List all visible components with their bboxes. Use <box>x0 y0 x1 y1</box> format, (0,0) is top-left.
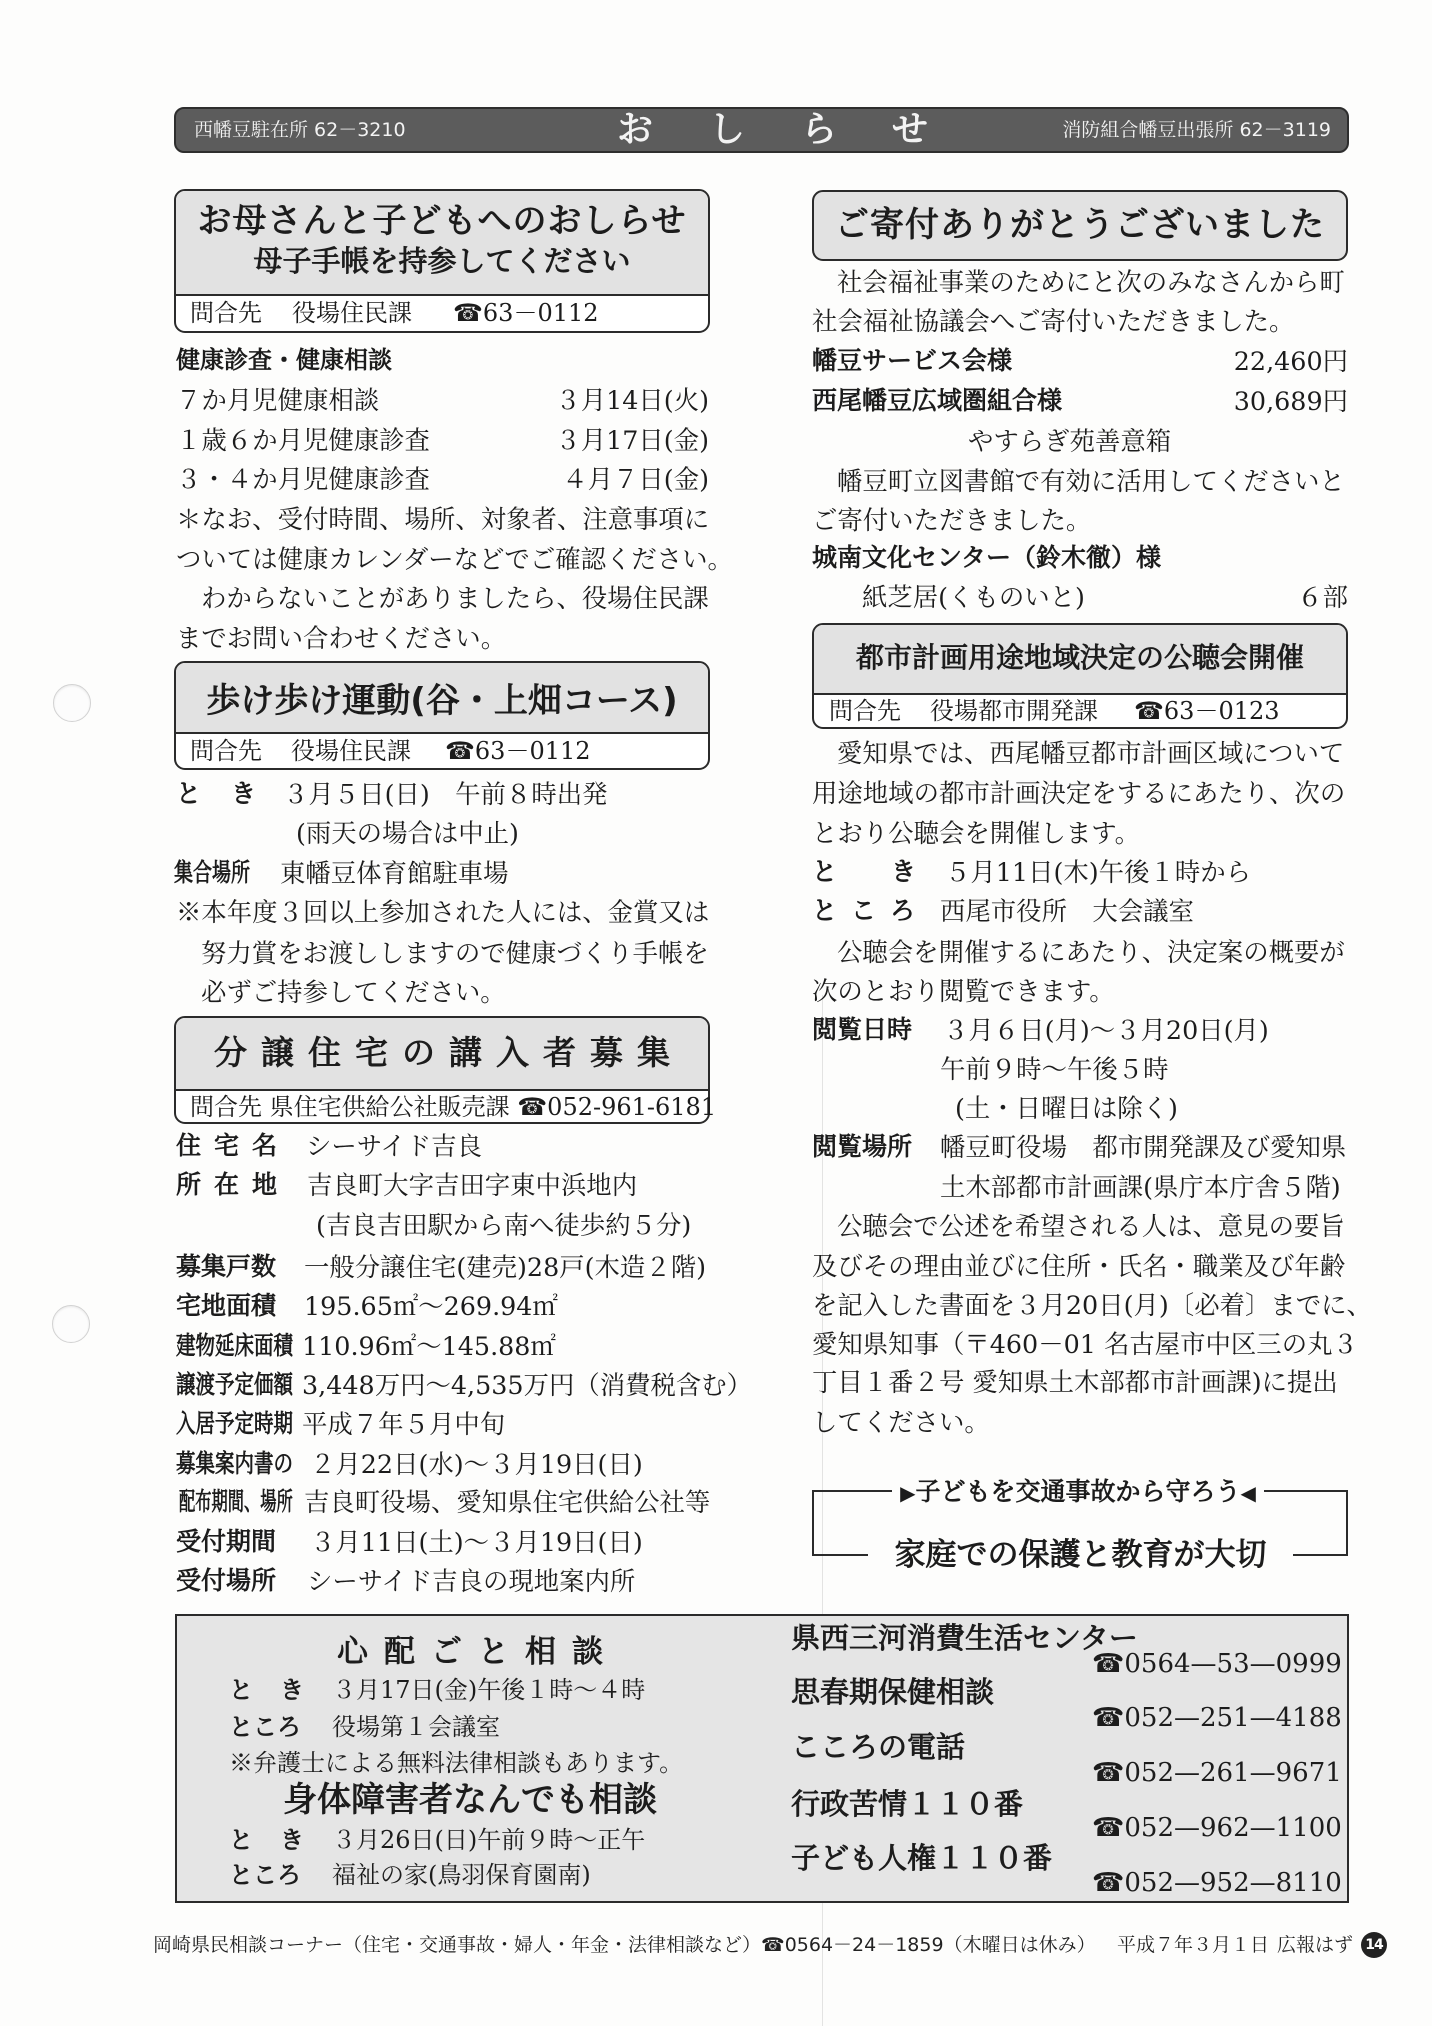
section-title: 歩け歩け運動(谷・上畑コース) <box>174 681 710 721</box>
row-value: ２月22日(水)～３月19日(日) <box>310 1444 643 1484</box>
row-value: 平成７年５月中旬 <box>302 1404 505 1444</box>
binder-hole-top <box>53 684 91 722</box>
row-value: シーサイド吉良 <box>306 1126 482 1166</box>
row-value: 一般分譲住宅(建売)28戸(木造２階) <box>304 1247 706 1287</box>
phone-number: 0564—53—0999 <box>1124 1649 1341 1679</box>
row-value: 吉良町大字吉田字東中浜地内 <box>307 1165 637 1205</box>
hotline-name: 県西三河消費生活センター <box>791 1618 1138 1658</box>
where-value: 福祉の家(鳥羽保育園南) <box>332 1855 591 1895</box>
donor-amount: 30,689円 <box>1234 381 1348 421</box>
statement-line: を記入した書面を３月20日(月)〔必着〕までに、 <box>812 1285 1372 1325</box>
bracket-line <box>812 1490 892 1492</box>
where-label: ところ <box>229 1707 301 1747</box>
contact-label: 問合先 <box>190 731 262 771</box>
section-title: お母さんと子どもへのおしらせ <box>174 201 710 241</box>
intro-line: 用途地域の都市計画決定をするにあたり、次の <box>812 773 1345 813</box>
when-value: ５月11日(木)午後１時から <box>945 852 1251 892</box>
hotline-name: こころの電話 <box>791 1727 965 1767</box>
hotline-phone: ☎052—952—8110 <box>1092 1863 1342 1903</box>
when-note: (雨天の場合は中止) <box>296 813 519 853</box>
triangle-right-icon: ▶ <box>900 1481 915 1505</box>
where-value: 役場第１会議室 <box>332 1707 500 1747</box>
when-value: ３月５日(日) 午前８時出発 <box>283 774 608 814</box>
donor-name: 西尾幡豆広域圏組合様 <box>812 381 1062 421</box>
contact-phone: ☎63－0112 <box>453 293 599 333</box>
row-value: 110.96㎡～145.88㎡ <box>302 1326 556 1366</box>
phone-number: 63－0112 <box>475 737 591 765</box>
viewing-intro-line: 次のとおり閲覧できます。 <box>812 971 1115 1011</box>
phone-icon: ☎ <box>453 299 483 327</box>
bracket-line <box>1264 1490 1348 1492</box>
footer-publication-name: 広報はず <box>1277 1925 1353 1965</box>
schedule-date: ３月17日(金) <box>555 420 709 460</box>
when-label: とき <box>229 1820 331 1860</box>
row-label-text: 入居予定時期 <box>176 1404 293 1444</box>
bracket-line <box>1293 1554 1348 1556</box>
hotline-phone: ☎052—261—9671 <box>1092 1753 1342 1793</box>
row-label: 住宅名 <box>176 1126 290 1166</box>
note-line: 必ずご持参してください。 <box>201 972 506 1012</box>
statement-line: 公聴会で公述を希望される人は、意見の要旨 <box>837 1206 1345 1246</box>
statement-line: してください。 <box>812 1402 990 1442</box>
book-donor: 城南文化センター（鈴木徹）様 <box>812 538 1161 578</box>
phone-icon: ☎ <box>1092 1703 1124 1733</box>
row-value: 3,448万円～4,535万円（消費税含む） <box>302 1365 752 1405</box>
phone-number: 052—962—1100 <box>1124 1813 1341 1843</box>
row-label: 所在地 <box>176 1165 290 1205</box>
row-label-text: 配布期間、場所 <box>179 1482 293 1522</box>
section-subtitle: 母子手帳を持参してください <box>174 241 710 281</box>
phone-number: 63－0112 <box>483 299 599 327</box>
donor-name: 幡豆サービス会様 <box>812 341 1012 381</box>
slogan-line: ▶子どもを交通事故から守ろう◀ <box>892 1472 1264 1512</box>
contact-line: 問合先 県住宅供給公社販売課 ☎052-961-6181 <box>190 1087 716 1127</box>
row-label-text: 譲渡予定価額 <box>176 1365 293 1405</box>
footer-corner-text: 岡崎県民相談コーナー（住宅・交通事故・婦人・年金・法律相談など） <box>153 1934 761 1956</box>
intro-line: 社会福祉事業のためにと次のみなさんから町 <box>837 262 1345 302</box>
hotline-phone: ☎0564—53—0999 <box>1092 1644 1342 1684</box>
phone-icon: ☎ <box>1092 1649 1124 1679</box>
row-label-text: 募集案内書の <box>176 1444 293 1484</box>
note-line: わからないことがありましたら、役場住民課 <box>201 578 709 618</box>
phone-icon: ☎ <box>1092 1758 1124 1788</box>
slogan-message: 家庭での保護と教育が大切 <box>868 1535 1293 1575</box>
phone-number: 052—251—4188 <box>1124 1703 1341 1733</box>
intro-line: 社会福祉協議会へご寄付いただきました。 <box>812 301 1294 341</box>
when-label: とき <box>176 774 286 814</box>
bracket-line <box>1346 1490 1348 1556</box>
schedule-item: ３・４か月児健康診査 <box>176 459 430 499</box>
note-line: ついては健康カレンダーなどでご確認ください。 <box>176 539 733 579</box>
hotline-name: 行政苦情１１０番 <box>791 1784 1023 1824</box>
bracket-line <box>812 1490 814 1556</box>
row-value: 吉良町役場、愛知県住宅供給公社等 <box>304 1482 710 1522</box>
subheading: 健康診査・健康相談 <box>176 340 392 380</box>
intro-line: 愛知県では、西尾幡豆都市計画区域について <box>837 733 1344 773</box>
donor-amount: 22,460円 <box>1234 341 1348 381</box>
phone-number: 052—952—8110 <box>1124 1868 1341 1898</box>
row-label: 受付期間 <box>176 1522 276 1562</box>
section-title: ご寄付ありがとうございました <box>812 205 1348 245</box>
phone-number: 63－0123 <box>1164 697 1280 725</box>
phone-icon: ☎ <box>1092 1868 1124 1898</box>
library-note-line: ご寄付いただきました。 <box>812 500 1091 540</box>
header-title: おしらせ <box>617 109 984 151</box>
contact-label: 問合先 <box>829 691 901 731</box>
where-value: 西尾市役所 大会議室 <box>940 891 1194 931</box>
contact-label: 問合先 <box>190 293 262 333</box>
schedule-date: ３月14日(火) <box>555 380 709 420</box>
statement-line: 愛知県知事（〒460－01 名古屋市中区三の丸３ <box>812 1324 1358 1364</box>
note-line: ※本年度３回以上参加された人には、金賞又は <box>176 892 709 932</box>
place-label: 集合場所 <box>174 853 274 893</box>
footer-phone: 0564－24－1859 <box>785 1934 944 1956</box>
header-left-contact: 西幡豆駐在所 62－3210 <box>194 109 406 151</box>
phone-number: 052-961-6181 <box>547 1093 716 1121</box>
row-label: 受付場所 <box>176 1561 276 1601</box>
contact-phone: ☎63－0123 <box>1134 691 1280 731</box>
row-value: ３月11日(土)～３月19日(日) <box>310 1522 643 1562</box>
intro-line: とおり公聴会を開催します。 <box>812 813 1140 853</box>
phone-icon: ☎ <box>517 1093 547 1121</box>
hotline-phone: ☎052—962—1100 <box>1092 1808 1342 1848</box>
worry-consultation-title: 心配ごと相談 <box>175 1632 765 1672</box>
place-label-text: 集合場所 <box>174 853 250 893</box>
row-label: 募集案内書の <box>176 1444 326 1484</box>
where-label: ところ <box>812 891 929 931</box>
slogan-text: 子どもを交通事故から守ろう <box>915 1477 1240 1506</box>
phone-icon: ☎ <box>1134 697 1164 725</box>
when-label: とき <box>229 1670 331 1710</box>
row-value: シーサイド吉良の現地案内所 <box>307 1561 635 1601</box>
schedule-date: ４月７日(金) <box>562 459 709 499</box>
footer-consultation-corner: 岡崎県民相談コーナー（住宅・交通事故・婦人・年金・法律相談など）☎0564－24… <box>153 1925 1096 1965</box>
row-value-continued: (吉良吉田駅から南へ徒歩約５分) <box>316 1205 691 1245</box>
library-note-line: 幡豆町立図書館で有効に活用してくださいと <box>837 461 1345 501</box>
page-number-badge: 14 <box>1361 1932 1387 1958</box>
note-line: 努力賞をお渡ししますので健康づくり手帳を <box>201 933 709 973</box>
donation-box-name: やすらぎ苑善意箱 <box>968 421 1171 461</box>
lawyer-note: ※弁護士による無料法律相談もあります。 <box>229 1743 683 1783</box>
contact-department: 役場都市開発課 <box>930 691 1098 731</box>
book-item: 紙芝居(くものいと) <box>862 577 1085 617</box>
viewing-date-label: 閲覧日時 <box>812 1010 912 1050</box>
schedule-item: ７か月児健康相談 <box>176 380 379 420</box>
contact-department: 役場住民課 <box>292 293 412 333</box>
contact-text: 問合先 県住宅供給公社販売課 <box>190 1093 517 1121</box>
footer-closed-note: （木曜日は休み） <box>944 1934 1096 1956</box>
viewing-intro-line: 公聴会を開催するにあたり、決定案の概要が <box>837 932 1345 972</box>
place-value: 東幡豆体育館駐車場 <box>280 853 509 893</box>
when-value: ３月17日(金)午後１時～４時 <box>332 1670 645 1710</box>
hotline-name: 子ども人権１１０番 <box>791 1838 1052 1878</box>
viewing-time-value: 午前９時～午後５時 <box>940 1049 1169 1089</box>
bracket-line <box>812 1554 868 1556</box>
contact-phone: ☎63－0112 <box>445 731 591 771</box>
row-label: 宅地面積 <box>176 1286 276 1326</box>
header-right-contact: 消防組合幡豆出張所 62－3119 <box>1062 109 1331 151</box>
schedule-item: １歳６か月児健康診査 <box>176 420 430 460</box>
viewing-exclusion-note: (土・日曜日は除く) <box>955 1088 1178 1128</box>
section-title: 都市計画用途地域決定の公聴会開催 <box>812 638 1348 678</box>
book-quantity: ６部 <box>1297 577 1348 617</box>
phone-number: 052—261—9671 <box>1124 1758 1341 1788</box>
hotline-phone: ☎052—251—4188 <box>1092 1698 1342 1738</box>
section-title: 分譲住宅の講入者募集 <box>174 1033 710 1073</box>
where-label: ところ <box>229 1855 301 1895</box>
note-line: ＊なお、受付時間、場所、対象者、注意事項に <box>176 499 709 539</box>
newsletter-page: 西幡豆駐在所 62－3210 おしらせ 消防組合幡豆出張所 62－3119 お母… <box>0 0 1432 2026</box>
header-bar: 西幡豆駐在所 62－3210 おしらせ 消防組合幡豆出張所 62－3119 <box>174 107 1349 153</box>
triangle-left-icon: ◀ <box>1241 1481 1256 1505</box>
row-value: 195.65㎡～269.94㎡ <box>304 1286 558 1326</box>
hotline-name: 思春期保健相談 <box>791 1672 994 1712</box>
disability-consultation-title: 身体障害者なんでも相談 <box>175 1780 765 1820</box>
statement-line: 丁目１番２号 愛知県土木部都市計画課)に提出 <box>812 1362 1338 1402</box>
phone-icon: ☎ <box>761 1934 785 1956</box>
binder-hole-bottom <box>52 1305 90 1343</box>
phone-icon: ☎ <box>445 737 475 765</box>
row-label: 募集戸数 <box>176 1247 276 1287</box>
statement-line: 及びその理由並びに住所・氏名・職業及び年齢 <box>812 1246 1345 1286</box>
viewing-date-value: ３月６日(月)～３月20日(月) <box>943 1010 1269 1050</box>
row-label-text: 建物延床面積 <box>176 1326 293 1366</box>
note-line: までお問い合わせください。 <box>176 618 506 658</box>
viewing-place-label: 閲覧場所 <box>812 1127 912 1167</box>
phone-icon: ☎ <box>1092 1813 1124 1843</box>
viewing-place-value: 幡豆町役場 都市開発課及び愛知県 <box>940 1127 1346 1167</box>
contact-department: 役場住民課 <box>291 731 411 771</box>
viewing-place-value: 土木部都市計画課(県庁本庁舎５階) <box>940 1167 1341 1207</box>
footer-issue-date: 平成７年３月１日 <box>1117 1925 1269 1965</box>
when-value: ３月26日(日)午前９時～正午 <box>332 1820 645 1860</box>
